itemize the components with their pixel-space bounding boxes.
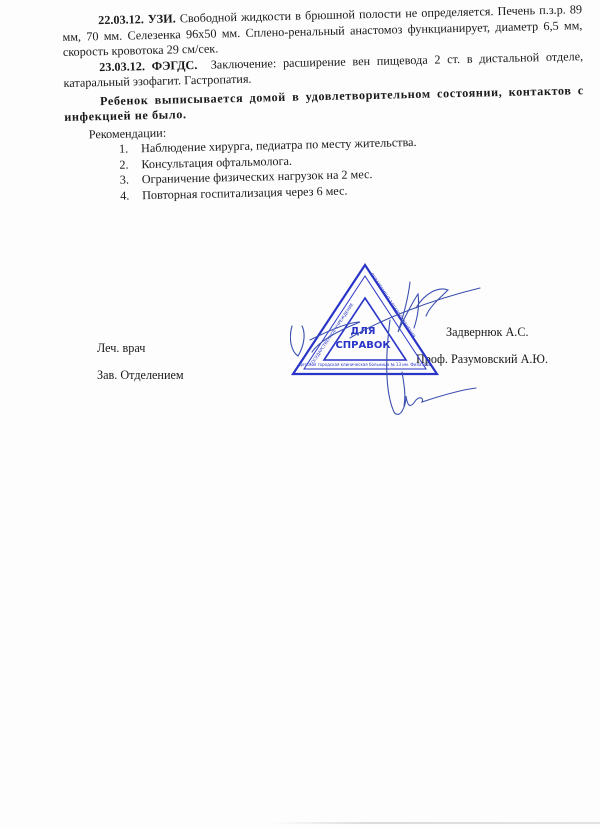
- attending-physician-label: Леч. врач: [97, 341, 145, 356]
- scan-edge: [270, 822, 600, 824]
- document-page: 22.03.12. УЗИ. Свободной жидкости в брюш…: [0, 0, 600, 828]
- head-of-department-label: Зав. Отделением: [97, 368, 184, 383]
- handwritten-signature: [290, 260, 490, 430]
